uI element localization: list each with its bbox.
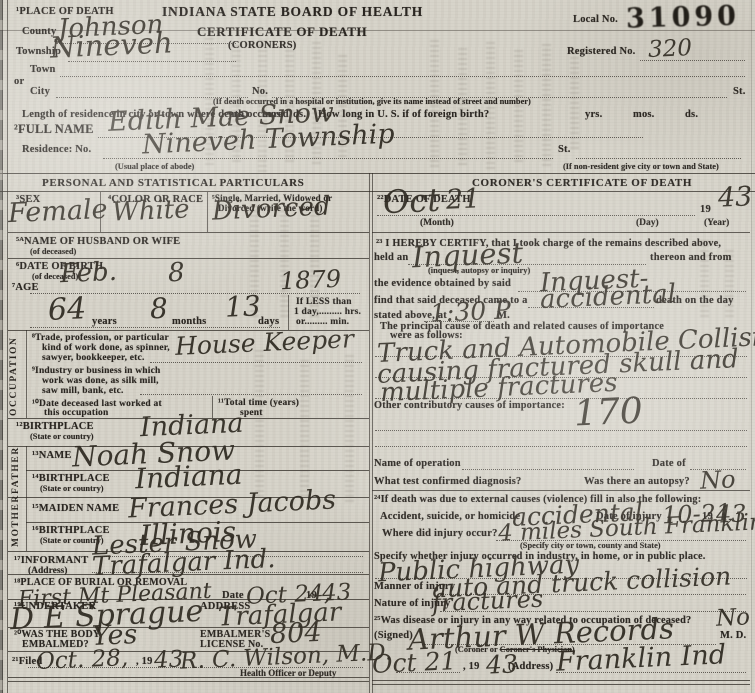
informant-address-sub: (Address) <box>28 566 67 576</box>
death-year-value: 43 <box>717 181 753 213</box>
signature-year-value: 43 <box>485 649 518 679</box>
scan-binder-edge <box>0 0 3 693</box>
dotted-line <box>150 362 362 363</box>
town-label: Town <box>30 64 56 75</box>
column-divider <box>372 173 373 693</box>
dotted-line <box>576 158 741 159</box>
no-label: No. <box>252 86 268 97</box>
certificate-title: CERTIFICATE OF DEATH <box>197 24 367 40</box>
bleed-through-noise <box>345 355 354 505</box>
years-label: years <box>92 316 117 327</box>
birth-year-value: 1879 <box>279 265 341 296</box>
if-less-than-label: If LESS than <box>296 297 352 307</box>
mos-label: mos. <box>633 109 655 120</box>
thereon-label: thereon and from <box>650 252 732 263</box>
signature-year-prefix: , 19 <box>463 661 480 672</box>
residence-label: Residence: No. <box>22 144 91 155</box>
test-label: What test confirmed diagnosis? <box>374 476 521 487</box>
autopsy-value: No <box>699 465 736 495</box>
filed-year-prefix: , 19 <box>136 656 153 667</box>
bleed-through-noise <box>514 50 523 162</box>
dotted-line <box>375 446 747 447</box>
industry-label: saw mill, bank, etc. <box>42 386 124 396</box>
certificate-subtitle: (CORONERS) <box>228 40 297 51</box>
birth-day-value: 8 <box>167 258 185 289</box>
held-an-label: held an <box>374 252 408 263</box>
age-days-value: 13 <box>224 289 261 324</box>
registered-no-value: 320 <box>647 35 692 63</box>
operation-label: Name of operation <box>374 458 461 469</box>
nonresident-note: (If non-resident give city or town and S… <box>563 162 719 171</box>
bleed-through-noise <box>255 350 264 500</box>
age-years-value: 64 <box>47 291 87 328</box>
rule <box>372 680 750 681</box>
cell-divider <box>26 330 27 418</box>
cell-divider <box>207 192 208 232</box>
nature-of-injury-value: fractures <box>431 585 543 618</box>
right-section-title: CORONER'S CERTIFICATE OF DEATH <box>472 177 692 189</box>
birth-month-value: Feb. <box>59 257 117 289</box>
mother-vertical-label: MOTHER <box>11 503 21 547</box>
yrs-label: yrs. <box>585 109 602 120</box>
contributory-value: 170 <box>573 391 643 435</box>
trade-label: kind of work done, as spinner, <box>42 343 170 353</box>
color-race-value: White <box>111 194 190 227</box>
burial-date-label: Date <box>222 590 244 601</box>
day-sub-label: (Day) <box>636 218 659 228</box>
local-no-label: Local No. <box>573 14 618 25</box>
death-day-value: 21 <box>445 183 481 215</box>
cell-divider <box>288 295 289 330</box>
dotted-line <box>30 327 280 328</box>
autopsy-label: Was there an autopsy? <box>584 476 690 487</box>
column-divider <box>369 173 370 693</box>
industry-label: work was done, as silk mill, <box>42 376 159 386</box>
year-sub-label: (Year) <box>704 218 729 228</box>
mother-maiden-name-label: ¹⁵MAIDEN NAME <box>32 503 119 514</box>
evidence-label: the evidence obtained by said <box>374 278 511 289</box>
trade-label: sawyer, bookkeeper, etc. <box>42 353 145 363</box>
occupation-vertical-label: OCCUPATION <box>9 336 19 416</box>
dotted-line <box>60 76 745 77</box>
trade-label: ⁸Trade, profession, or particular <box>32 333 169 343</box>
total-time-label: ¹¹Total time (years) <box>218 398 299 408</box>
board-title: INDIANA STATE BOARD OF HEALTH <box>162 4 423 20</box>
dotted-line <box>375 430 747 431</box>
months-label: months <box>172 316 206 327</box>
where-injury-label: Where did injury occur? <box>382 528 498 539</box>
last-worked-label: this occupation <box>44 408 109 418</box>
left-section-title: PERSONAL AND STATISTICAL PARTICULARS <box>42 177 304 189</box>
father-birthplace-sub: (State or country) <box>40 484 104 493</box>
time-of-death-value: 1:30 P <box>429 295 511 328</box>
st-label: St. <box>558 144 571 155</box>
husband-wife-label: ⁵ᴬNAME OF HUSBAND OR WIFE <box>16 236 180 247</box>
sex-value: Female <box>7 194 108 229</box>
cell-divider <box>26 446 27 497</box>
st-label: St. <box>733 86 746 97</box>
signature-date-value: Oct 21 <box>371 646 456 679</box>
father-vertical-label: FATHER <box>11 452 21 494</box>
ds-label: ds. <box>685 109 698 120</box>
marital-status-value: Divorced <box>211 191 331 226</box>
industry-label: ⁹Industry or business in which <box>32 366 161 376</box>
husband-wife-sub: (of deceased) <box>30 247 76 256</box>
bleed-through-noise <box>300 360 309 500</box>
occupation-related-value: No <box>715 604 750 631</box>
foreign-birth-label: How long in U. S. if of foreign birth? <box>318 109 489 120</box>
dotted-line <box>140 394 362 395</box>
or-label: or <box>14 76 24 87</box>
month-sub-label: (Month) <box>420 218 454 228</box>
operation-date-label: Date of <box>652 458 686 469</box>
birthplace-label: ¹²BIRTHPLACE <box>16 421 94 432</box>
age-months-value: 8 <box>149 292 168 326</box>
father-birthplace-label: ¹⁴BIRTHPLACE <box>32 473 110 484</box>
father-name-label: ¹³NAME <box>32 450 72 461</box>
registered-no-label: Registered No. <box>567 46 636 57</box>
death-manner-value: accidental <box>539 279 676 315</box>
city-label: City <box>30 86 50 97</box>
left-border-line <box>7 0 8 693</box>
rule <box>372 490 750 491</box>
informant-label: ¹⁷INFORMANT <box>14 555 88 566</box>
held-an-value: Inquest <box>411 236 523 275</box>
rule <box>372 232 750 233</box>
full-name-label: ²FULL NAME <box>14 122 94 137</box>
rule <box>8 681 369 682</box>
bleed-through-noise <box>542 44 551 166</box>
rule <box>372 684 750 685</box>
death-year-prefix: 19 <box>700 204 711 215</box>
dotted-line <box>462 469 634 470</box>
township-value: Nineveh <box>49 25 173 64</box>
abode-note: (Usual place of abode) <box>115 162 194 171</box>
bleed-through-noise <box>486 42 495 170</box>
local-no-stamp: 31090 <box>626 1 741 35</box>
rule <box>8 232 369 233</box>
filed-date-value: Oct. 28, <box>35 645 128 675</box>
cell-divider <box>26 497 27 551</box>
death-month-value: Oct <box>382 181 441 221</box>
age-label: ⁷AGE <box>12 282 39 293</box>
rule <box>0 173 755 174</box>
rule <box>0 191 755 192</box>
death-certificate-scan: ¹PLACE OF DEATH INDIANA STATE BOARD OF H… <box>0 0 755 693</box>
if-less-than-label: 1 day,......... hrs. <box>294 307 361 317</box>
bleed-through-noise <box>458 48 467 168</box>
